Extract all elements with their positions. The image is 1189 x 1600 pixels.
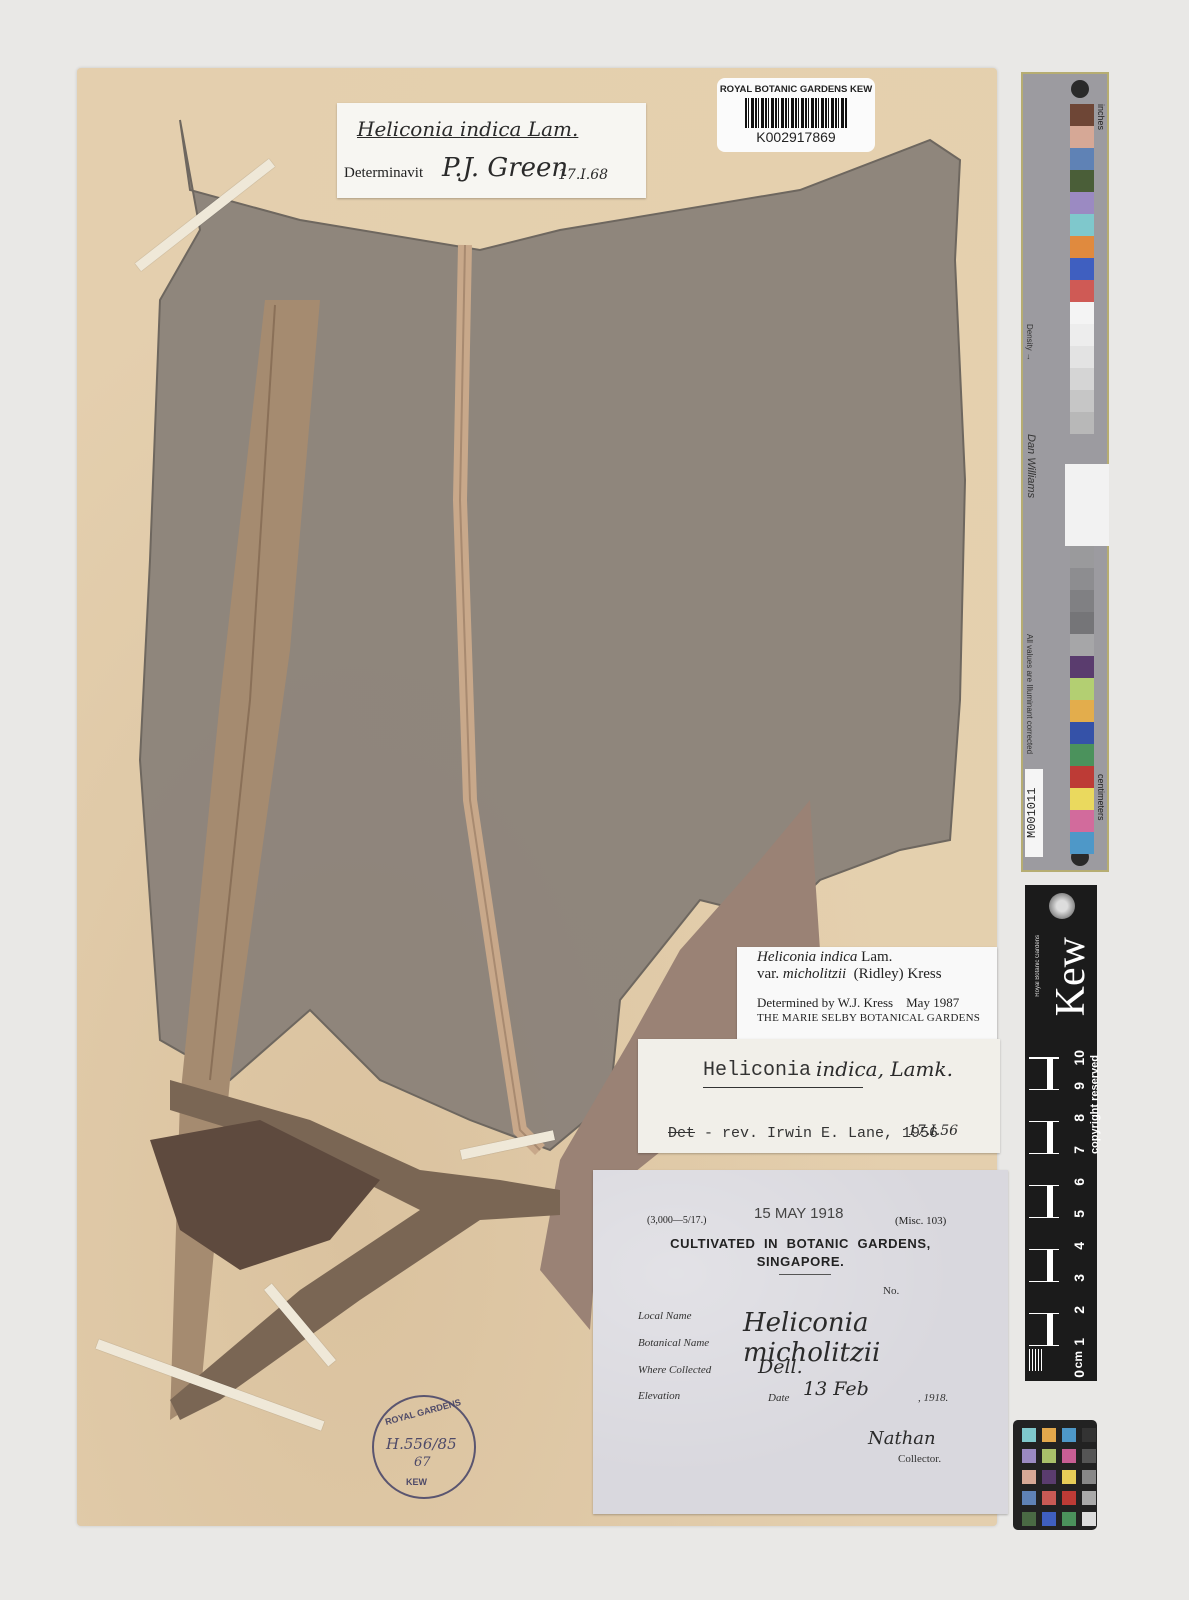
color-swatch: [1070, 368, 1094, 390]
determination-name: Heliconia indica Lam.: [357, 117, 578, 141]
barcode-label: ROYAL BOTANIC GARDENS KEW K002917869: [717, 78, 875, 152]
color-swatch: [1070, 302, 1094, 324]
color-swatch: [1070, 412, 1094, 434]
kew-crest-icon: [1049, 893, 1075, 919]
checker-patch: [1082, 1428, 1096, 1442]
scale-number: 10: [1071, 1050, 1087, 1066]
inches-label: inches: [1096, 104, 1106, 130]
date-stamp: 15 MAY 1918: [754, 1205, 844, 1222]
copyright-text: copyright reserved: [1089, 1055, 1101, 1154]
barcode-number: K002917869: [717, 129, 875, 145]
color-swatch: [1070, 568, 1094, 590]
color-bar-id: M001011: [1025, 769, 1043, 857]
checker-patch: [1062, 1512, 1076, 1526]
struck-det: Det: [668, 1125, 695, 1142]
color-swatch: [1070, 744, 1094, 766]
kew-logo: Kew: [1047, 937, 1095, 1016]
revision-line: Det - rev. Irwin E. Lane, 1956: [668, 1125, 938, 1142]
color-swatch: [1070, 148, 1094, 170]
checker-patch: [1022, 1449, 1036, 1463]
color-swatch: [1070, 192, 1094, 214]
scale-number: 9: [1071, 1082, 1087, 1090]
checker-patch: [1042, 1470, 1056, 1484]
color-calibration-bar: Density → Dan Williams All values are Il…: [1021, 72, 1109, 872]
scale-number: 8: [1071, 1114, 1087, 1122]
species-handwritten: indica, Lamk.: [816, 1057, 953, 1081]
stamp-bottom-text: KEW: [406, 1477, 427, 1487]
determiner-signature: P.J. Green: [442, 153, 568, 183]
scale-number: 1: [1071, 1338, 1087, 1346]
scale-ticks: [1029, 1057, 1059, 1375]
date-value: 13 Feb: [803, 1378, 869, 1400]
checker-patch: [1042, 1428, 1056, 1442]
color-swatch: [1070, 656, 1094, 678]
color-swatch: [1070, 324, 1094, 346]
color-checker-card: [1013, 1420, 1097, 1530]
elevation-label: Elevation: [638, 1390, 680, 1402]
checker-patch: [1022, 1491, 1036, 1505]
year: , 1918.: [918, 1392, 948, 1404]
stamp-number: H.556/85: [386, 1435, 457, 1453]
color-swatch: [1070, 832, 1094, 854]
color-swatch: [1070, 126, 1094, 148]
collection-label-singapore: (3,000—5/17.) 15 MAY 1918 (Misc. 103) CU…: [593, 1170, 1008, 1514]
determined-by: Determined by W.J. Kress May 1987: [757, 995, 959, 1011]
color-swatch: [1070, 634, 1094, 656]
divider: [779, 1274, 831, 1275]
color-swatch: [1070, 678, 1094, 700]
scale-number: 4: [1071, 1242, 1087, 1250]
var-prefix: var.: [757, 966, 783, 982]
date-label: Date: [768, 1392, 789, 1404]
centimeters-label: centimeters: [1096, 774, 1106, 821]
collector-signature: Nathan: [868, 1428, 936, 1449]
color-swatch: [1070, 612, 1094, 634]
calibration-note: All values are Illuminant corrected: [1025, 634, 1034, 754]
color-swatch: [1070, 236, 1094, 258]
institution-name: ROYAL BOTANIC GARDENS KEW: [717, 84, 875, 95]
underline: [703, 1087, 863, 1088]
determination-slip-kress: Heliconia indica Lam. var. micholitzii (…: [737, 947, 997, 1039]
revision-text: - rev. Irwin E. Lane, 1956: [695, 1125, 938, 1142]
institution: THE MARIE SELBY BOTANICAL GARDENS: [757, 1012, 980, 1024]
botanical-name-label: Botanical Name: [638, 1337, 709, 1349]
taxon-line-1: Heliconia indica Lam.: [757, 949, 892, 966]
color-swatch: [1070, 546, 1094, 568]
checker-patch: [1082, 1449, 1096, 1463]
scale-number: 2: [1071, 1306, 1087, 1314]
print-code: (3,000—5/17.): [647, 1215, 706, 1226]
determination-slip-lane: Heliconia indica, Lamk. Det - rev. Irwin…: [638, 1039, 1000, 1153]
color-swatch: [1070, 214, 1094, 236]
barcode: [745, 98, 847, 128]
misc-code: (Misc. 103): [895, 1215, 946, 1227]
unit-label: cm: [1071, 1351, 1085, 1368]
scale-number: 7: [1071, 1146, 1087, 1154]
checker-patch: [1082, 1491, 1096, 1505]
color-swatch: [1070, 788, 1094, 810]
taxon-binomial: Heliconia indica: [757, 949, 857, 965]
color-swatch: [1070, 170, 1094, 192]
kew-scale-bar: Royal Botanic Gardens Kew 109876543210 c…: [1025, 885, 1097, 1381]
stamp-sub: 67: [414, 1455, 431, 1470]
density-panel: [1065, 464, 1109, 546]
collector-label: Collector.: [898, 1453, 941, 1465]
royal-gardens-stamp: ROYAL GARDENS H.556/85 67 KEW: [372, 1395, 476, 1499]
checker-patch: [1062, 1449, 1076, 1463]
checker-patch: [1042, 1512, 1056, 1526]
checker-patch: [1042, 1449, 1056, 1463]
color-swatch: [1070, 700, 1094, 722]
where-collected-value: Dell.: [758, 1356, 803, 1378]
checker-patch: [1062, 1428, 1076, 1442]
checker-patch: [1082, 1470, 1096, 1484]
determination-slip-green: Heliconia indica Lam. Determinavit P.J. …: [337, 103, 646, 198]
checker-patch: [1042, 1491, 1056, 1505]
variety-name: micholitzii: [783, 966, 846, 982]
color-swatch: [1070, 280, 1094, 302]
checker-patch: [1022, 1470, 1036, 1484]
scale-number: 3: [1071, 1274, 1087, 1282]
color-swatch: [1070, 258, 1094, 280]
maker-signature: Dan Williams: [1025, 434, 1037, 498]
scale-number: 0: [1071, 1370, 1087, 1378]
color-swatch: [1070, 390, 1094, 412]
local-name-label: Local Name: [638, 1310, 691, 1322]
density-label: Density →: [1025, 324, 1034, 361]
checker-patch: [1022, 1428, 1036, 1442]
scale-number: 5: [1071, 1210, 1087, 1218]
hole-top: [1071, 80, 1089, 98]
color-swatch: [1070, 104, 1094, 126]
checker-patch: [1022, 1512, 1036, 1526]
determination-date: 17.I.68: [558, 167, 608, 183]
scale-number: 6: [1071, 1178, 1087, 1186]
checker-patch: [1062, 1470, 1076, 1484]
checker-patch: [1062, 1491, 1076, 1505]
label-title-1: CULTIVATED IN BOTANIC GARDENS,: [593, 1236, 1008, 1251]
scale-numbers: 109876543210: [1069, 1050, 1089, 1376]
label-title-2: SINGAPORE.: [593, 1254, 1008, 1269]
color-swatch: [1070, 810, 1094, 832]
color-swatch: [1070, 722, 1094, 744]
color-swatch: [1070, 766, 1094, 788]
taxon-author: Lam.: [857, 949, 892, 965]
checker-patch: [1082, 1512, 1096, 1526]
where-collected-label: Where Collected: [638, 1364, 711, 1376]
kew-caption: Royal Botanic Gardens: [1035, 935, 1041, 997]
genus: Heliconia: [703, 1059, 811, 1082]
no-label: No.: [883, 1285, 899, 1297]
checker-grid: [1022, 1428, 1096, 1526]
color-swatch: [1070, 346, 1094, 368]
color-swatch: [1070, 590, 1094, 612]
taxon-line-2: var. micholitzii (Ridley) Kress: [757, 966, 942, 983]
variety-author: (Ridley) Kress: [846, 966, 941, 982]
revision-date: 17.I.56: [908, 1123, 958, 1139]
determinavit-label: Determinavit: [344, 165, 423, 182]
